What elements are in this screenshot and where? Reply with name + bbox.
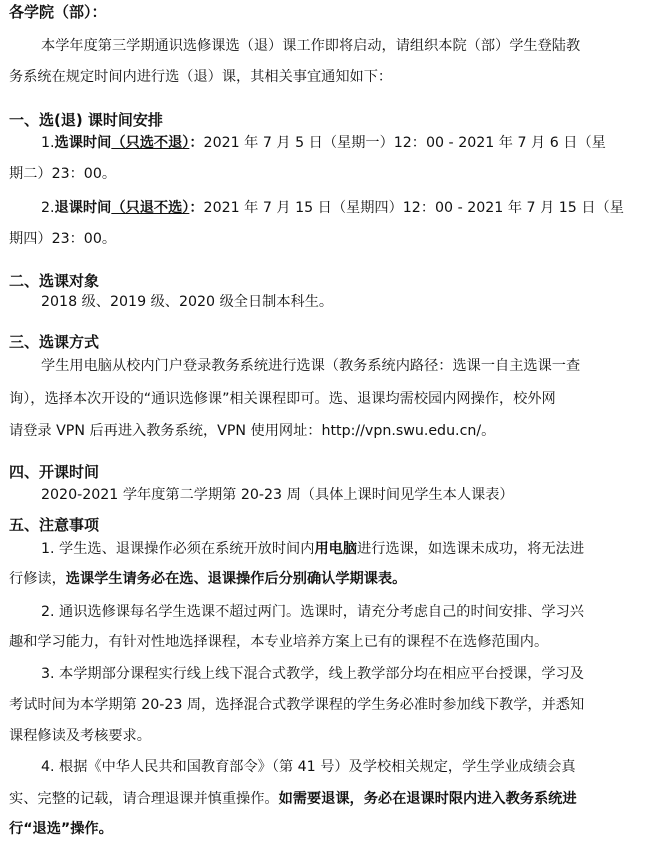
section-4-text: 2020-2021 学年度第二学期第 20-23 周（具体上课时间见学生本人课表… [41,486,514,504]
intro-line-1: 本学年度第三学期通识选修课选（退）课工作即将启动，请组织本院（部）学生登陆教 [41,37,580,55]
section-2-heading: 二、选课对象 [9,272,99,290]
section-3-heading: 三、选课方式 [9,333,99,351]
item-note: （只退不选） [111,200,189,216]
section-1-item-1-cont: 期二）23：00。 [9,165,116,183]
section-5-item-4-line-1: 4. 根据《中华人民共和国教育部令》（第 41 号）及学校相关规定，学生学业成绩… [41,758,576,776]
item-emphasis: 选课学生请务必在选、退课操作后分别确认学期课表。 [66,571,407,587]
item-text: 2021 年 7 月 15 日（星期四）12：00 - 2021 年 7 月 1… [204,200,624,216]
section-3-line-3: 请登录 VPN 后再进入教务系统，VPN 使用网址：http://vpn.swu… [9,422,495,440]
section-5-item-1-cont: 行修读，选课学生请务必在选、退课操作后分别确认学期课表。 [9,570,406,588]
item-text: 实、完整的记载，请合理退课并慎重操作。 [9,791,279,807]
section-1-item-2-cont: 期四）23：00。 [9,230,116,248]
item-label: 退课时间 [55,200,112,216]
section-2-text: 2018 级、2019 级、2020 级全日制本科生。 [41,293,333,311]
section-5-item-3-line-2: 考试时间为本学期第 20-23 周，选择混合式教学课程的学生务必准时参加线下教学… [9,696,584,714]
item-number: 1. [41,135,55,151]
item-emphasis: 如需要退课，务必在退课时限内进入教务系统进 [279,791,577,807]
section-3-line-1: 学生用电脑从校内门户登录教务系统进行选课（教务系统内路径：选课一自主选课一查 [41,357,580,375]
section-5-item-4-line-3: 行“退选”操作。 [9,820,113,838]
section-5-item-2-line-2: 趣和学习能力，有针对性地选择课程，本专业培养方案上已有的课程不在选修范围内。 [9,633,548,651]
colon: ： [189,135,203,151]
section-1-item-2: 2.退课时间（只退不选）：2021 年 7 月 15 日（星期四）12：00 -… [41,199,624,217]
section-4-heading: 四、开课时间 [9,463,99,481]
section-3-line-2: 询），选择本次开设的“通识选修课”相关课程即可。选、退课均需校园内网操作，校外网 [9,390,556,408]
item-text: 行修读， [9,571,66,587]
section-5-item-1: 1. 学生选、退课操作必须在系统开放时间内用电脑进行选课，如选课未成功，将无法进 [41,540,584,558]
item-emphasis: 用电脑 [314,541,357,557]
colon: ： [189,200,203,216]
greeting: 各学院（部）： [9,3,107,21]
section-5-item-3-line-1: 3. 本学期部分课程实行线上线下混合式教学，线上教学部分均在相应平台授课，学习及 [41,665,584,683]
item-label: 选课时间 [55,135,112,151]
item-text: 1. 学生选、退课操作必须在系统开放时间内 [41,541,314,557]
item-note: （只选不退） [111,135,189,151]
item-number: 2. [41,200,55,216]
section-5-item-3-line-3: 课程修读及考核要求。 [9,727,151,745]
section-1-heading: 一、选(退) 课时间安排 [9,111,163,129]
section-5-heading: 五、注意事项 [9,516,99,534]
item-text: 2021 年 7 月 5 日（星期一）12：00 - 2021 年 7 月 6 … [204,135,606,151]
section-5-item-2-line-1: 2. 通识选修课每名学生选课不超过两门。选课时，请充分考虑自己的时间安排、学习兴 [41,603,584,621]
intro-line-2: 务系统在规定时间内进行选（退）课，其相关事宜通知如下： [9,68,392,86]
section-5-item-4-line-2: 实、完整的记载，请合理退课并慎重操作。如需要退课，务必在退课时限内进入教务系统进 [9,790,577,808]
item-text: 进行选课，如选课未成功，将无法进 [357,541,584,557]
section-1-item-1: 1.选课时间（只选不退）：2021 年 7 月 5 日（星期一）12：00 - … [41,134,606,152]
